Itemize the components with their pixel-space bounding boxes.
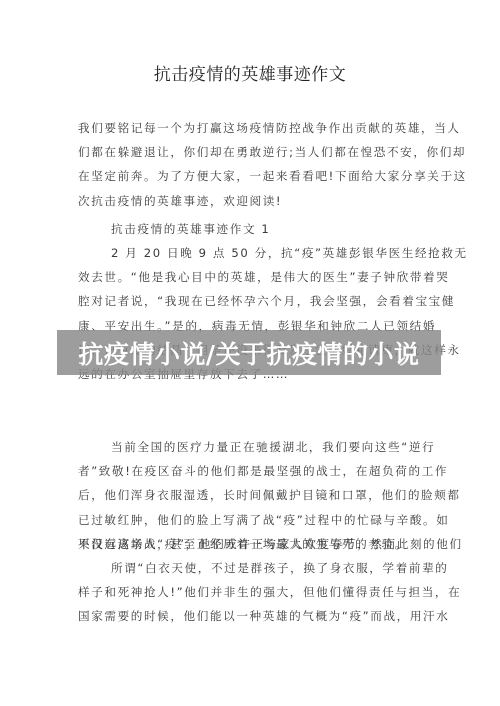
text-line: 所谓“白衣天使，不过是群孩子，换了身衣服，学着前辈的 [78, 556, 430, 580]
text-line: 我们要铭记每一个为打赢这场疫情防控战争作出贡献的英雄，当人 [78, 116, 430, 140]
banner-title: 抗疫情小说/关于抗疫情的小说 [78, 335, 419, 371]
document-title: 抗击疫情的英雄事迹作文 [0, 60, 500, 85]
text-line: 们都在躲避退让，你们却在勇敢逆行;当人们都在惶恐不安，你们却 [78, 140, 430, 164]
text-line: 后，他们浑身衣服湿透，长时间佩戴护目镜和口罩，他们的脸颊都 [78, 483, 430, 507]
paragraph-3: 不仅远离亲人，甚至正经历着一场最大的生与死的考验。 所谓“白衣天使，不过是群孩子… [78, 556, 430, 629]
title-overlay-banner: 抗疫情小说/关于抗疫情的小说 [57, 330, 441, 375]
text-line: 不仅远离亲人，甚至正经历着一场最大的生与死的考验。 [78, 532, 430, 556]
text-line: 国家需要的时候，他们能以一种英雄的气概为“疫”而战，用汗水 [78, 604, 430, 628]
text-line: 者”致敬!在疫区奋斗的他们都是最坚强的战士，在超负荷的工作 [78, 459, 430, 483]
text-line: 已过敏红肿，他们的脸上写满了战“疫”过程中的忙碌与辛酸。如 [78, 508, 430, 532]
section-subtitle-block: 抗击疫情的英雄事迹作文 1 [78, 217, 430, 241]
text-line: 当前全国的医疗力量正在驰援湖北，我们要向这些“逆行 [78, 435, 430, 459]
text-line: 效去世。“他是我心目中的英雄，是伟大的医生”妻子钟欣带着哭 [78, 265, 430, 289]
text-line: 腔对记者说，“我现在已经怀孕六个月，我会坚强，会看着宝宝健 [78, 289, 430, 313]
section-subtitle: 抗击疫情的英雄事迹作文 1 [78, 217, 430, 241]
text-line: 在坚定前奔。为了方便大家，一起来看看吧!下面给大家分享关于这 [78, 164, 430, 188]
text-line: 次抗击疫情的英雄事迹，欢迎阅读! [78, 189, 430, 213]
text-line: 2 月 20 日晚 9 点 50 分，抗“疫”英雄彭银华医生经抢救无 [78, 241, 430, 265]
document-page: 抗击疫情的英雄事迹作文 我们要铭记每一个为打赢这场疫情防控战争作出贡献的英雄，当… [0, 0, 500, 706]
text-line: 样子和死神抢人!”他们并非生的强大，但他们懂得责任与担当，在 [78, 580, 430, 604]
intro-paragraph: 我们要铭记每一个为打赢这场疫情防控战争作出贡献的英雄，当人 们都在躲避退让，你们… [78, 116, 430, 213]
